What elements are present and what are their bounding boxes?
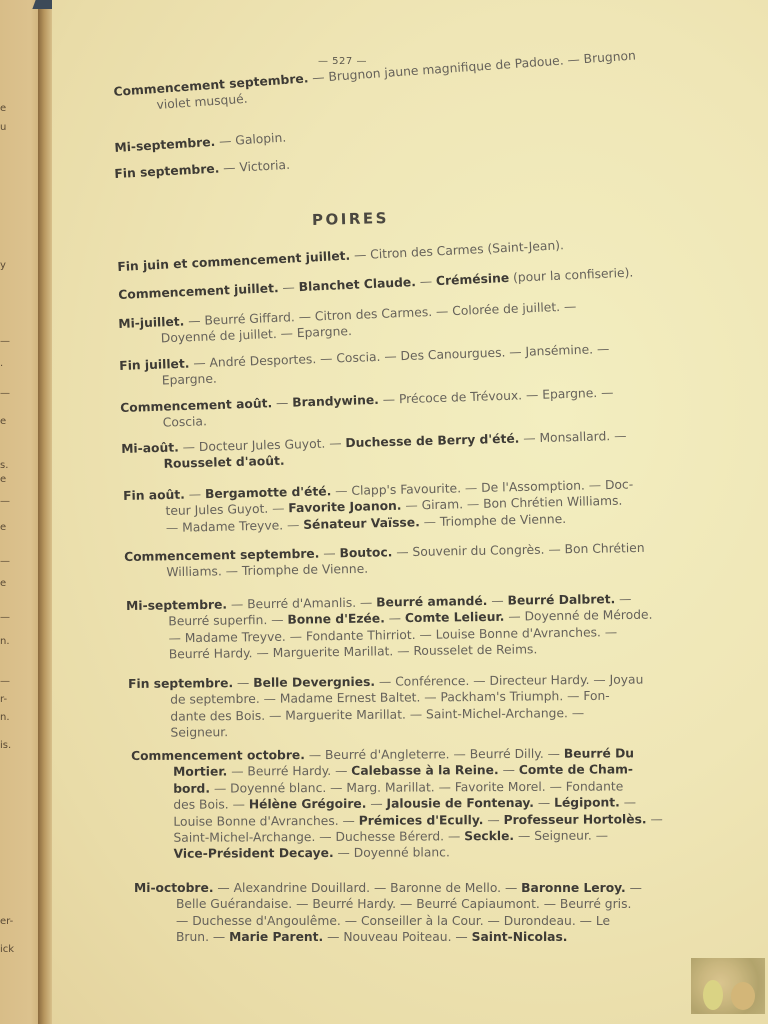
entry-line: Seigneur. <box>128 721 643 742</box>
page-content: — 527 — Commencement septembre. — Brugno… <box>0 0 768 1024</box>
variety-name-bold: Marie Parent. <box>229 930 323 944</box>
entry-text: — Giram. — Bon Chrétien Williams. <box>401 494 622 513</box>
entry-text: — <box>185 487 205 501</box>
entry-text: teur Jules Guyot. — <box>165 502 288 519</box>
entry-line: Saint-Michel-Archange. — Duchesse Bérerd… <box>131 827 662 846</box>
entry-text: — <box>272 396 293 411</box>
entry-text: Belle Guérandaise. — Beurré Hardy. — Beu… <box>176 897 631 911</box>
entry-text: — Doyenné blanc. <box>334 846 450 861</box>
entry-text: — Beurré d'Amanlis. — <box>227 596 376 612</box>
entry-text: — <box>278 280 299 295</box>
variety-name-bold: Belle Devergnies. <box>253 675 375 690</box>
entry-text: — Doyenné de Mérode. <box>504 608 652 624</box>
entry-text: Coscia. <box>163 415 208 430</box>
entry-text: Louise Bonne d'Avranches. — <box>173 813 358 828</box>
list-entry: Commencement octobre. — Beurré d'Anglete… <box>131 745 663 863</box>
entry-text: — Madame Treyve. — <box>166 518 304 535</box>
variety-name-bold: Fin septembre. <box>114 162 220 181</box>
entry-text: — Triomphe de Vienne. <box>420 512 567 529</box>
variety-name-bold: Commencement septembre. <box>124 547 319 564</box>
list-entry: Mi-août. — Docteur Jules Guyot. — Duches… <box>121 428 627 474</box>
variety-name-bold: Prémices d'Ecully. <box>359 813 484 828</box>
variety-name-bold: Hélène Grégoire. <box>249 797 367 812</box>
entry-text: Epargne. <box>162 372 217 388</box>
fruit-shape <box>703 980 723 1010</box>
variety-name-bold: Mi-septembre. <box>126 598 227 613</box>
variety-name-bold: Mi-septembre. <box>114 135 216 155</box>
entry-text: — Conférence. — Directeur Hardy. — Joyau <box>375 673 643 689</box>
variety-name-bold: Comte Lelieur. <box>405 610 505 625</box>
variety-name-bold: Légipont. <box>554 796 620 810</box>
variety-name-bold: Blanchet Claude. <box>298 275 416 294</box>
variety-name-bold: Rousselet d'août. <box>163 454 284 471</box>
entry-text: Saint-Michel-Archange. — Duchesse Bérerd… <box>173 829 464 845</box>
list-entry: Mi-juillet. — Beurré Giffard. — Citron d… <box>118 298 577 348</box>
entry-text: — Duchesse d'Angoulême. — Conseiller à l… <box>176 914 610 928</box>
entry-text: Brun. — <box>176 930 229 944</box>
variety-name-bold: Mi-août. <box>121 440 179 456</box>
list-entry: Fin septembre. — Victoria. <box>114 157 290 183</box>
list-entry: Fin juillet. — André Desportes. — Coscia… <box>119 341 610 391</box>
entry-text: — Doyenné blanc. — Marg. Marillat. — Fav… <box>210 779 623 795</box>
variety-name-bold: Bergamotte d'été. <box>205 484 332 501</box>
entry-text: des Bois. — <box>173 798 249 812</box>
entry-text: — Monsallard. — <box>519 429 626 446</box>
entry-text: Williams. — Triomphe de Vienne. <box>166 562 368 580</box>
entry-text: — Alexandrine Douillard. — Baronne de Me… <box>214 881 522 895</box>
entry-line: Vice-Président Decaye. — Doyenné blanc. <box>132 844 663 863</box>
entry-text: — Beurré d'Angleterre. — Beurré Dilly. — <box>305 747 564 762</box>
entry-line: Fin septembre. — Victoria. <box>114 157 290 183</box>
variety-name-bold: Mi-juillet. <box>118 314 185 331</box>
variety-name-bold: Fin juillet. <box>119 357 190 373</box>
variety-name-bold: Boutoc. <box>339 545 392 560</box>
list-entry: Mi-septembre. — Galopin. <box>114 130 287 157</box>
list-entry: Commencement septembre. — Boutoc. — Souv… <box>124 540 645 582</box>
variety-name-bold: Brandywine. <box>292 393 379 410</box>
variety-name-bold: Comte de Cham- <box>519 763 633 778</box>
entry-text: — Souvenir du Congrès. — Bon Chrétien <box>392 541 644 559</box>
entry-text: — <box>647 812 663 826</box>
fruit-shape <box>731 982 755 1010</box>
entry-text: — <box>534 796 554 810</box>
entry-line: Mi-septembre. — Galopin. <box>114 130 287 157</box>
entry-text: — <box>615 592 631 606</box>
entry-text: — <box>366 797 386 811</box>
variety-name-bold: Bonne d'Ezée. <box>287 612 385 627</box>
entry-text: Seigneur. <box>170 725 228 740</box>
entry-text: — Victoria. <box>219 158 290 176</box>
entry-text: — Nouveau Poiteau. — <box>323 930 471 944</box>
variety-name-bold: Vice-Président Decaye. <box>174 846 334 861</box>
entry-text: — Docteur Jules Guyot. — <box>179 436 346 454</box>
entry-text: — <box>620 796 636 810</box>
entry-text: — <box>499 763 519 777</box>
variety-name-bold: Crémésine <box>436 271 510 288</box>
variety-name-bold: Beurré Dalbret. <box>507 592 615 608</box>
variety-name-bold: Favorite Joanon. <box>288 499 401 516</box>
variety-name-bold: Commencement juillet. <box>118 281 279 302</box>
list-entry: Mi-octobre. — Alexandrine Douillard. — B… <box>134 880 642 946</box>
variety-name-bold: Sénateur Vaïsse. <box>303 515 420 532</box>
variety-name-bold: Baronne Leroy. <box>521 881 626 895</box>
entry-text: — Galopin. <box>215 130 287 148</box>
entry-line: Belle Guérandaise. — Beurré Hardy. — Beu… <box>134 896 642 912</box>
variety-name-bold: Saint-Nicolas. <box>472 930 568 944</box>
entry-line: Mi-octobre. — Alexandrine Douillard. — B… <box>134 880 642 896</box>
variety-name-bold: Commencement octobre. <box>131 748 305 763</box>
entry-text: — <box>233 676 253 690</box>
list-entry: Fin août. — Bergamotte d'été. — Clapp's … <box>123 476 634 537</box>
list-entry: Commencement août. — Brandywine. — Préco… <box>120 385 614 433</box>
thumbnail-image <box>691 958 765 1014</box>
entry-text: dante des Bois. — Marguerite Marillat. —… <box>170 706 584 724</box>
entry-text: — <box>319 546 339 560</box>
variety-name-bold: Fin septembre. <box>128 676 233 691</box>
entry-text: (pour la confiserie). <box>509 266 634 285</box>
section-title: POIRES <box>312 209 389 229</box>
entry-text: — <box>385 612 405 626</box>
list-entry: Mi-septembre. — Beurré d'Amanlis. — Beur… <box>126 591 653 664</box>
entry-text: — <box>626 881 642 895</box>
variety-name-bold: Seckle. <box>464 829 514 843</box>
variety-name-bold: Mi-octobre. <box>134 881 214 895</box>
variety-name-bold: Mortier. <box>173 765 227 779</box>
entry-text: Beurré Hardy. — Marguerite Marillat. — R… <box>169 642 538 661</box>
entry-text: — <box>483 813 503 827</box>
variety-name-bold: Fin août. <box>123 488 185 503</box>
variety-name-bold: Professeur Hortolès. <box>504 812 647 827</box>
entry-line: — Duchesse d'Angoulême. — Conseiller à l… <box>134 913 642 929</box>
entry-text: Beurré superfin. — <box>168 613 287 629</box>
variety-name-bold: Fin juin et commencement juillet. <box>117 249 350 274</box>
list-entry: Commencement septembre. — Brugnon jaune … <box>113 47 637 116</box>
entry-text: — <box>416 274 437 289</box>
entry-text: — <box>487 594 507 608</box>
variety-name-bold: Beurré Du <box>564 746 634 760</box>
entry-line: Brun. — Marie Parent. — Nouveau Poiteau.… <box>134 929 642 945</box>
variety-name-bold: Calebasse à la Reine. <box>351 763 498 778</box>
variety-name-bold: Beurré amandé. <box>376 594 487 610</box>
page-number: — 527 — <box>318 56 367 67</box>
entry-text: — Seigneur. — <box>514 829 608 843</box>
variety-name-bold: Jalousie de Fontenay. <box>386 796 534 811</box>
entry-text: — Citron des Carmes (Saint-Jean). <box>350 238 564 262</box>
list-entry: Fin septembre. — Belle Devergnies. — Con… <box>128 672 644 742</box>
entry-text: — Beurré Hardy. — <box>227 764 351 779</box>
variety-name-bold: bord. <box>173 781 210 795</box>
